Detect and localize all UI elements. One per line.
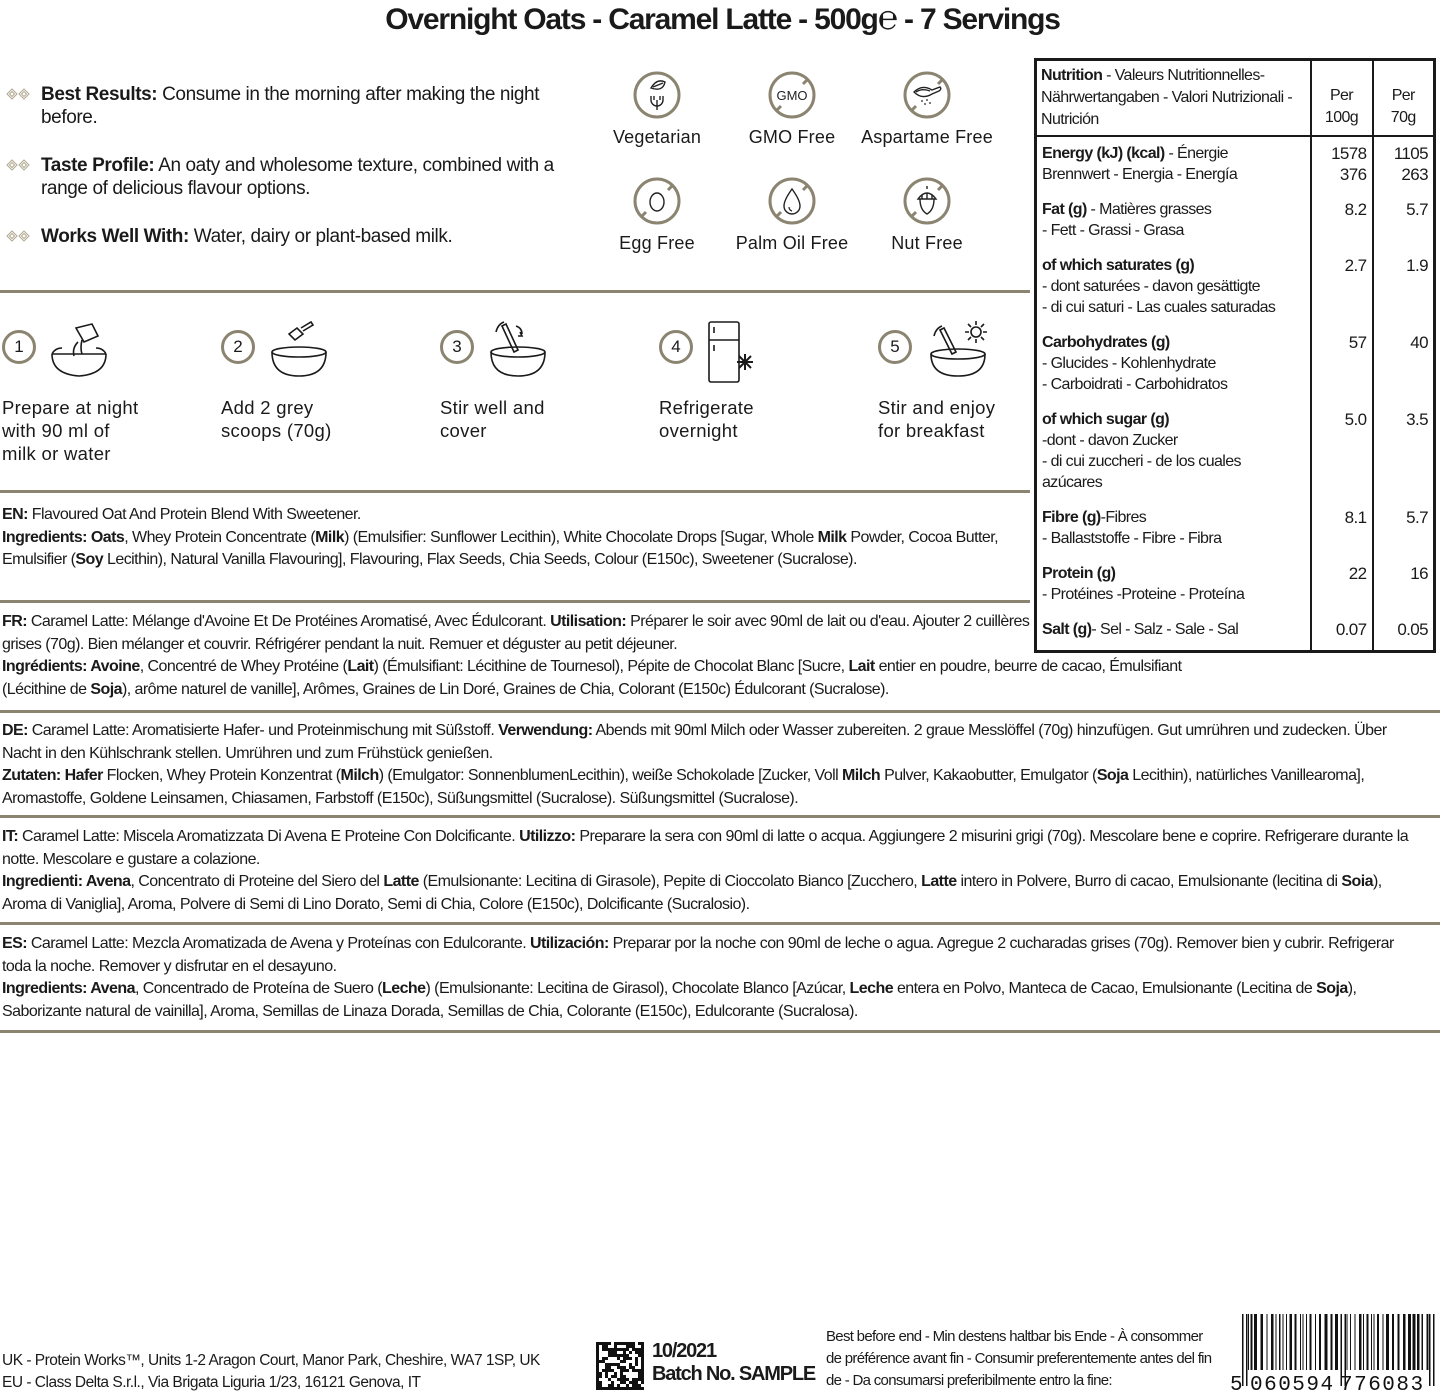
value-per-100g: 0.07 — [1311, 611, 1373, 652]
language-block-en: EN: Flavoured Oat And Protein Blend With… — [2, 504, 1002, 572]
value-per-100g: 1578376 — [1311, 136, 1373, 191]
servings-count: - 7 Servings — [904, 3, 1060, 36]
gmo-free-icon: GMO — [767, 70, 817, 120]
nutrient-translation: - Ballaststoffe - Fibre - Fibra — [1042, 528, 1305, 549]
ingredients-label: Ingredienti: — [2, 873, 86, 890]
barcode-icon: 5 060594 776083 — [1222, 1312, 1442, 1394]
feature-list: Best Results: Consume in the morning aft… — [6, 83, 566, 273]
feature-label: Works Well With: — [41, 226, 189, 247]
usage-it: IT: Caramel Latte: Miscela Aromatizzata … — [2, 826, 1422, 871]
badge-label: Nut Free — [857, 232, 997, 254]
badge-label: Vegetarian — [587, 126, 727, 148]
description-en: EN: Flavoured Oat And Protein Blend With… — [2, 504, 1002, 527]
language-block-fr: FR: Caramel Latte: Mélange d'Avoine Et D… — [2, 611, 1042, 656]
ingredients-text: Oats, Whey Protein Concentrate (Milk) (E… — [2, 529, 998, 569]
section-divider — [0, 1030, 1440, 1033]
usage-label: Utilisation: — [550, 613, 626, 630]
nutrient-label: Fat (g) — [1042, 201, 1087, 218]
nutrition-row-protein: Protein (g)- Protéines -Proteine - Prote… — [1036, 555, 1435, 611]
value-per-100g: 8.2 — [1311, 191, 1373, 247]
value-per-100g: 5.0 — [1311, 401, 1373, 499]
address-eu: EU - Class Delta S.r.l., Via Brigata Lig… — [2, 1372, 540, 1394]
ingredients-label: Ingrédients: — [2, 658, 90, 675]
section-divider — [0, 290, 1030, 293]
nutrient-translation: - di cui zuccheri - de los cuales azúcar… — [1042, 451, 1305, 493]
preparation-steps: 1 Prepare at night with 90 ml of milk or… — [0, 318, 1030, 478]
nutrient-label: Protein (g) — [1042, 565, 1115, 582]
ingredients-fr: Ingrédients: Avoine, Concentré de Whey P… — [2, 656, 1247, 701]
ingredients-text: Avena, Concentrado de Proteína de Suero … — [2, 980, 1356, 1020]
estimated-sign-icon: ℮ — [878, 0, 897, 38]
step-text: Add 2 grey scoops (70g) — [221, 396, 421, 442]
batch-text: 10/2021 Batch No. SAMPLE — [652, 1340, 815, 1386]
badge-palm-oil-free: Palm Oil Free — [722, 176, 862, 254]
nutrient-label: Energy (kJ) (kcal) — [1042, 145, 1165, 162]
value-kj: 1105 — [1394, 144, 1428, 163]
nutrition-row-fat: Fat (g) - Matières grasses- Fett - Grass… — [1036, 191, 1435, 247]
column-per-70g: Per 70g — [1373, 60, 1435, 137]
step-number: 2 — [221, 330, 255, 364]
value-per-70g: 1.9 — [1373, 247, 1435, 324]
nutrient-translation: - Matières grasses — [1087, 201, 1212, 218]
badge-nut-free: Nut Free — [857, 176, 997, 254]
batch-number: Batch No. SAMPLE — [652, 1363, 815, 1386]
product-description: Caramel Latte: Mélange d'Avoine Et De Pr… — [27, 613, 550, 630]
nutrition-row-saturates: of which saturates (g)- dont saturées - … — [1036, 247, 1435, 324]
step-text: Stir well and cover — [440, 396, 640, 442]
stir-bowl-icon — [486, 318, 556, 388]
value-per-100g: 8.1 — [1311, 499, 1373, 555]
language-code: ES: — [2, 935, 27, 952]
nutrient-name: Fat (g) - Matières grasses- Fett - Grass… — [1036, 191, 1311, 247]
section-divider — [0, 600, 1030, 603]
nutrient-translation: - Protéines -Proteine - Proteína — [1042, 584, 1305, 605]
section-divider — [0, 922, 1440, 925]
ingredients-label: Zutaten: — [2, 767, 65, 784]
value-per-100g: 2.7 — [1311, 247, 1373, 324]
nutrient-label: Salt (g) — [1042, 621, 1091, 638]
feature-works-well-with: Works Well With: Water, dairy or plant-b… — [6, 225, 566, 248]
product-description: Flavoured Oat And Protein Blend With Swe… — [28, 506, 361, 523]
step-text: Prepare at night with 90 ml of milk or w… — [2, 396, 202, 465]
language-block-de: DE: Caramel Latte: Aromatisierte Hafer- … — [2, 720, 1422, 810]
nutrient-name: of which sugar (g)-dont - davon Zucker- … — [1036, 401, 1311, 499]
language-block-fr-ingredients: Ingrédients: Avoine, Concentré de Whey P… — [2, 656, 1247, 701]
ingredients-text: Avoine, Concentré de Whey Protéine (Lait… — [2, 658, 1181, 698]
nutrition-row-sugar: of which sugar (g)-dont - davon Zucker- … — [1036, 401, 1435, 499]
step-number: 5 — [878, 330, 912, 364]
nutrient-label: Fibre (g) — [1042, 509, 1101, 526]
badge-label: Aspartame Free — [857, 126, 997, 148]
step-number: 3 — [440, 330, 474, 364]
vegetarian-icon — [632, 70, 682, 120]
value-per-70g: 16 — [1373, 555, 1435, 611]
diamond-bullet-icon — [6, 159, 32, 171]
badge-gmo-free: GMO GMO Free — [722, 70, 862, 148]
nutrition-table: Nutrition - Valeurs Nutritionnelles- Näh… — [1034, 58, 1436, 653]
nut-free-icon — [902, 176, 952, 226]
batch-date: 10/2021 — [652, 1340, 815, 1363]
ingredients-text: Avena, Concentrato di Proteine del Siero… — [2, 873, 1382, 913]
product-description: Caramel Latte: Aromatisierte Hafer- und … — [28, 722, 498, 739]
nutrient-translation: -dont - davon Zucker — [1042, 430, 1305, 451]
pour-milk-bowl-icon — [46, 318, 116, 388]
address-uk: UK - Protein Works™, Units 1-2 Aragon Co… — [2, 1350, 540, 1372]
egg-free-icon — [632, 176, 682, 226]
product-description: Caramel Latte: Miscela Aromatizzata Di A… — [18, 828, 519, 845]
dietary-badges: Vegetarian GMO GMO Free Aspartame Free E… — [590, 65, 1020, 255]
nutrient-translation: Brennwert - Energia - Energía — [1042, 164, 1305, 185]
nutrient-label: of which saturates (g) — [1042, 257, 1194, 274]
badge-label: GMO Free — [722, 126, 862, 148]
value-per-70g: 5.7 — [1373, 191, 1435, 247]
nutrient-name: Protein (g)- Protéines -Proteine - Prote… — [1036, 555, 1311, 611]
value-kcal: 263 — [1401, 165, 1428, 184]
value-per-70g: 3.5 — [1373, 401, 1435, 499]
language-block-es: ES: Caramel Latte: Mezcla Aromatizada de… — [2, 933, 1422, 1023]
nutrition-row-carbohydrates: Carbohydrates (g)- Glucides - Kohlenhydr… — [1036, 324, 1435, 401]
company-addresses: UK - Protein Works™, Units 1-2 Aragon Co… — [2, 1350, 540, 1394]
stir-sun-bowl-icon — [926, 318, 996, 388]
language-block-it: IT: Caramel Latte: Miscela Aromatizzata … — [2, 826, 1422, 916]
product-title: Overnight Oats - Caramel Latte - 500g℮ -… — [0, 0, 1445, 38]
nutrient-name: Carbohydrates (g)- Glucides - Kohlenhydr… — [1036, 324, 1311, 401]
product-description: Caramel Latte: Mezcla Aromatizada de Ave… — [27, 935, 530, 952]
section-divider — [0, 490, 1030, 493]
feature-label: Taste Profile: — [41, 155, 154, 176]
value-per-100g: 57 — [1311, 324, 1373, 401]
svg-text:060594: 060594 — [1250, 1374, 1335, 1394]
nutrient-translation: - Carboidrati - Carbohidratos — [1042, 374, 1305, 395]
feature-label: Best Results: — [41, 84, 157, 105]
ingredients-en: Ingredients: Oats, Whey Protein Concentr… — [2, 527, 1002, 572]
nutrient-translation: - Sel - Salz - Sale - Sal — [1091, 621, 1238, 638]
nutrition-row-energy: Energy (kJ) (kcal) - ÉnergieBrennwert - … — [1036, 136, 1435, 191]
nutrition-row-salt: Salt (g)- Sel - Salz - Sale - Sal 0.07 0… — [1036, 611, 1435, 652]
palm-oil-free-icon — [767, 176, 817, 226]
badge-egg-free: Egg Free — [587, 176, 727, 254]
usage-fr: FR: Caramel Latte: Mélange d'Avoine Et D… — [2, 611, 1032, 656]
feature-best-results: Best Results: Consume in the morning aft… — [6, 83, 566, 129]
nutrition-header-title: Nutrition — [1041, 67, 1102, 84]
nutrient-name: Energy (kJ) (kcal) - ÉnergieBrennwert - … — [1036, 136, 1311, 191]
language-code: IT: — [2, 828, 18, 845]
nutrient-translation: - Fett - Grassi - Grasa — [1042, 220, 1305, 241]
batch-info: 10/2021 Batch No. SAMPLE — [596, 1340, 826, 1390]
column-per-100g: Per 100g — [1311, 60, 1373, 137]
feature-text: Water, dairy or plant-based milk. — [189, 226, 452, 247]
language-code: FR: — [2, 613, 27, 630]
nutrition-header-row: Nutrition - Valeurs Nutritionnelles- Näh… — [1036, 60, 1435, 137]
nutrient-name: Fibre (g)-Fibres- Ballaststoffe - Fibre … — [1036, 499, 1311, 555]
nutrient-translation: - Énergie — [1165, 145, 1228, 162]
ingredients-label: Ingredients: — [2, 529, 91, 546]
usage-label: Utilizzo: — [519, 828, 575, 845]
nutrient-label: Carbohydrates (g) — [1042, 334, 1170, 351]
ingredients-de: Zutaten: Hafer Flocken, Whey Protein Kon… — [2, 765, 1422, 810]
ingredients-text: Hafer Flocken, Whey Protein Konzentrat (… — [2, 767, 1364, 807]
nutrient-translation: -Fibres — [1101, 509, 1147, 526]
aspartame-free-icon — [902, 70, 952, 120]
value-per-70g: 40 — [1373, 324, 1435, 401]
diamond-bullet-icon — [6, 230, 32, 242]
value-per-70g: 0.05 — [1373, 611, 1435, 652]
svg-text:776083: 776083 — [1340, 1374, 1425, 1394]
language-code: EN: — [2, 506, 28, 523]
nutrition-header: Nutrition - Valeurs Nutritionnelles- Näh… — [1036, 60, 1311, 137]
step-number: 4 — [659, 330, 693, 364]
feature-taste-profile: Taste Profile: An oaty and wholesome tex… — [6, 154, 566, 200]
nutrient-name: of which saturates (g)- dont saturées - … — [1036, 247, 1311, 324]
value-per-70g: 5.7 — [1373, 499, 1435, 555]
nutrient-translation: - dont saturées - davon gesättigte — [1042, 276, 1305, 297]
usage-es: ES: Caramel Latte: Mezcla Aromatizada de… — [2, 933, 1422, 978]
best-before-text: Best before end - Min destens haltbar bi… — [826, 1326, 1216, 1392]
diamond-bullet-icon — [6, 88, 32, 100]
ingredients-label: Ingredients: — [2, 980, 90, 997]
usage-label: Utilización: — [530, 935, 609, 952]
value-kcal: 376 — [1340, 165, 1367, 184]
fridge-icon — [705, 318, 775, 388]
nutrition-row-fibre: Fibre (g)-Fibres- Ballaststoffe - Fibre … — [1036, 499, 1435, 555]
badge-label: Egg Free — [587, 232, 727, 254]
step-text: Refrigerate overnight — [659, 396, 859, 442]
usage-label: Verwendung: — [498, 722, 592, 739]
product-name: Overnight Oats - Caramel Latte - 500g — [385, 3, 877, 36]
usage-de: DE: Caramel Latte: Aromatisierte Hafer- … — [2, 720, 1422, 765]
value-kj: 1578 — [1331, 144, 1366, 163]
ingredients-es: Ingredients: Avena, Concentrado de Prote… — [2, 978, 1422, 1023]
section-divider — [0, 815, 1440, 818]
nutrient-translation: - Glucides - Kohlenhydrate — [1042, 353, 1305, 374]
value-per-70g: 1105263 — [1373, 136, 1435, 191]
ingredients-it: Ingredienti: Avena, Concentrato di Prote… — [2, 871, 1422, 916]
badge-label: Palm Oil Free — [722, 232, 862, 254]
svg-text:GMO: GMO — [776, 88, 807, 103]
svg-text:5: 5 — [1230, 1374, 1243, 1394]
datamatrix-code-icon — [596, 1342, 644, 1390]
scoop-bowl-icon — [267, 318, 337, 388]
section-divider — [0, 710, 1440, 713]
nutrient-name: Salt (g)- Sel - Salz - Sale - Sal — [1036, 611, 1311, 652]
value-per-100g: 22 — [1311, 555, 1373, 611]
badge-vegetarian: Vegetarian — [587, 70, 727, 148]
nutrient-label: of which sugar (g) — [1042, 411, 1169, 428]
nutrient-translation: - di cui saturi - Las cuales saturadas — [1042, 297, 1305, 318]
language-code: DE: — [2, 722, 28, 739]
badge-aspartame-free: Aspartame Free — [857, 70, 997, 148]
step-number: 1 — [2, 330, 36, 364]
